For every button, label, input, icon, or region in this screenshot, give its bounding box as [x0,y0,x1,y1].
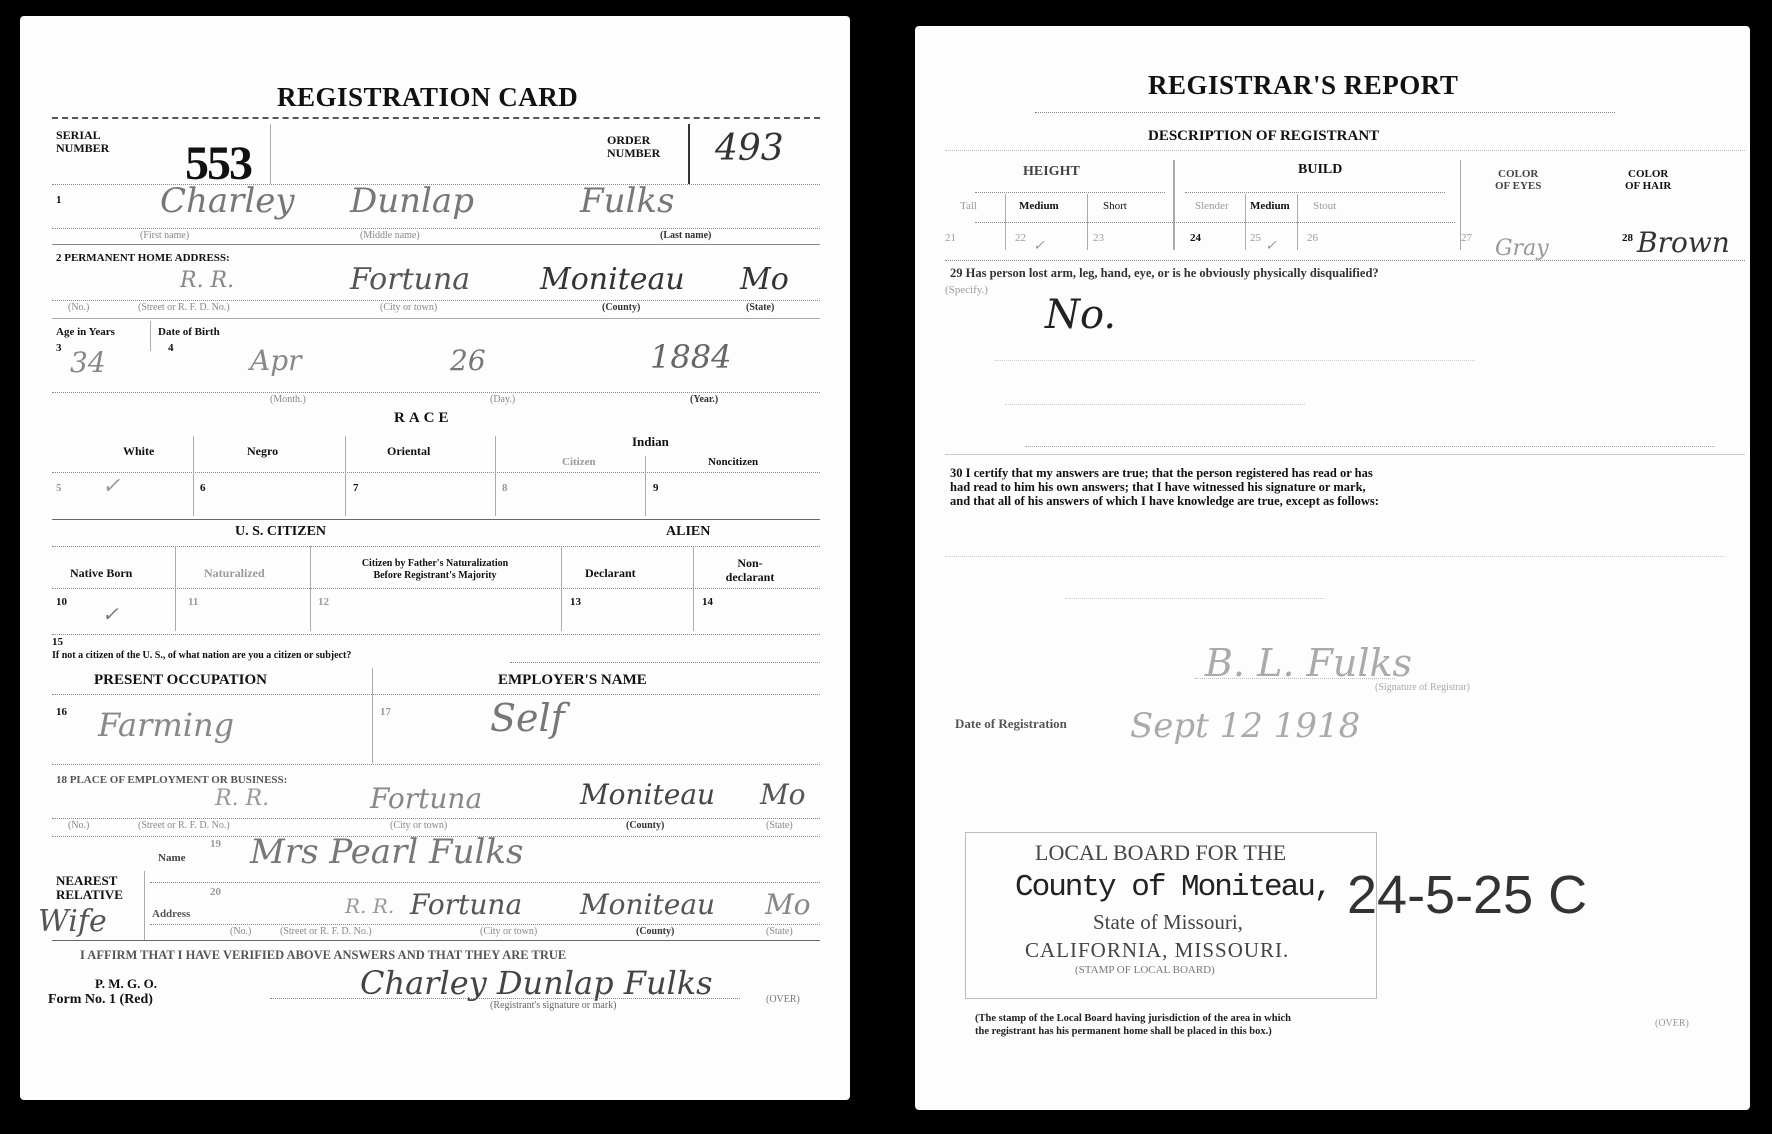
description-subtitle: DESCRIPTION OF REGISTRANT [1148,128,1379,145]
over-label: (OVER) [1655,1018,1689,1029]
registrars-report-card: REGISTRAR'S REPORT DESCRIPTION OF REGIST… [915,26,1750,1110]
order-number: 493 [715,128,784,169]
home-city: Fortuna [350,262,470,297]
hair-color-value: Brown [1637,226,1730,259]
date-of-registration-value: Sept 12 1918 [1130,706,1360,746]
pmgo-label: P. M. G. O. [95,976,157,992]
stamp-note: (The stamp of the Local Board having jur… [975,1012,1291,1038]
eye-color-value: Gray [1495,236,1549,261]
relative-name: Mrs Pearl Fulks [250,832,523,872]
relative-relation: Wife [38,904,107,939]
occupation-label: PRESENT OCCUPATION [94,672,267,689]
employer-value: Self [490,696,565,740]
q30-text: 30 I certify that my answers are true; t… [950,466,1379,508]
relative-street: R. R. [345,894,394,918]
card-title: REGISTRATION CARD [277,82,578,113]
employment-place-label: 18 PLACE OF EMPLOYMENT OR BUSINESS: [56,774,287,786]
first-name: Charley [160,181,295,221]
home-address-label: 2 PERMANENT HOME ADDRESS: [56,252,230,264]
birth-day: 26 [450,344,486,377]
employment-county: Moniteau [580,778,715,811]
form-number: Form No. 1 (Red) [48,992,153,1008]
employer-label: EMPLOYER'S NAME [498,672,647,689]
home-county: Moniteau [540,262,685,297]
report-title: REGISTRAR'S REPORT [1148,70,1458,101]
stamp-county: County of Moniteau, [1015,870,1330,905]
q29-answer: No. [1045,292,1116,338]
nearest-relative-label: NEAREST RELATIVE [56,874,123,902]
date-of-registration-label: Date of Registration [955,716,1067,732]
alien-heading: ALIEN [666,524,710,540]
relative-state: Mo [765,888,811,921]
home-state: Mo [740,262,789,297]
over-label: (OVER) [766,994,800,1005]
middle-name: Dunlap [350,181,474,221]
q29-text: 29 Has person lost arm, leg, hand, eye, … [950,266,1379,281]
last-name: Fulks [580,181,674,221]
home-street: R. R. [180,268,234,293]
registration-card: REGISTRATION CARD SERIAL NUMBER 553 ORDE… [20,16,850,1100]
employment-city: Fortuna [370,782,482,815]
relative-city: Fortuna [410,888,522,921]
relative-county: Moniteau [580,888,715,921]
occupation-value: Farming [98,706,234,744]
q15-text: If not a citizen of the U. S., of what n… [52,650,351,661]
age-value: 34 [70,346,106,379]
affirm-statement: I AFFIRM THAT I HAVE VERIFIED ABOVE ANSW… [80,948,566,963]
native-born-checkmark: ✓ [102,602,119,626]
birth-year: 1884 [650,338,731,376]
employment-street: R. R. [215,786,269,811]
birth-month: Apr [250,344,302,377]
board-code: 24-5-25 C [1347,864,1587,926]
employment-state: Mo [760,778,806,811]
white-checkmark: ✓ [102,474,120,499]
registrant-signature: Charley Dunlap Fulks [360,964,713,1002]
us-citizen-heading: U. S. CITIZEN [235,524,326,540]
serial-label: SERIAL NUMBER [56,129,109,155]
height-medium-checkmark: ✓ [1033,238,1045,254]
build-medium-checkmark: ✓ [1265,238,1277,254]
order-label: ORDER NUMBER [607,134,660,160]
race-heading: RACE [394,410,453,427]
